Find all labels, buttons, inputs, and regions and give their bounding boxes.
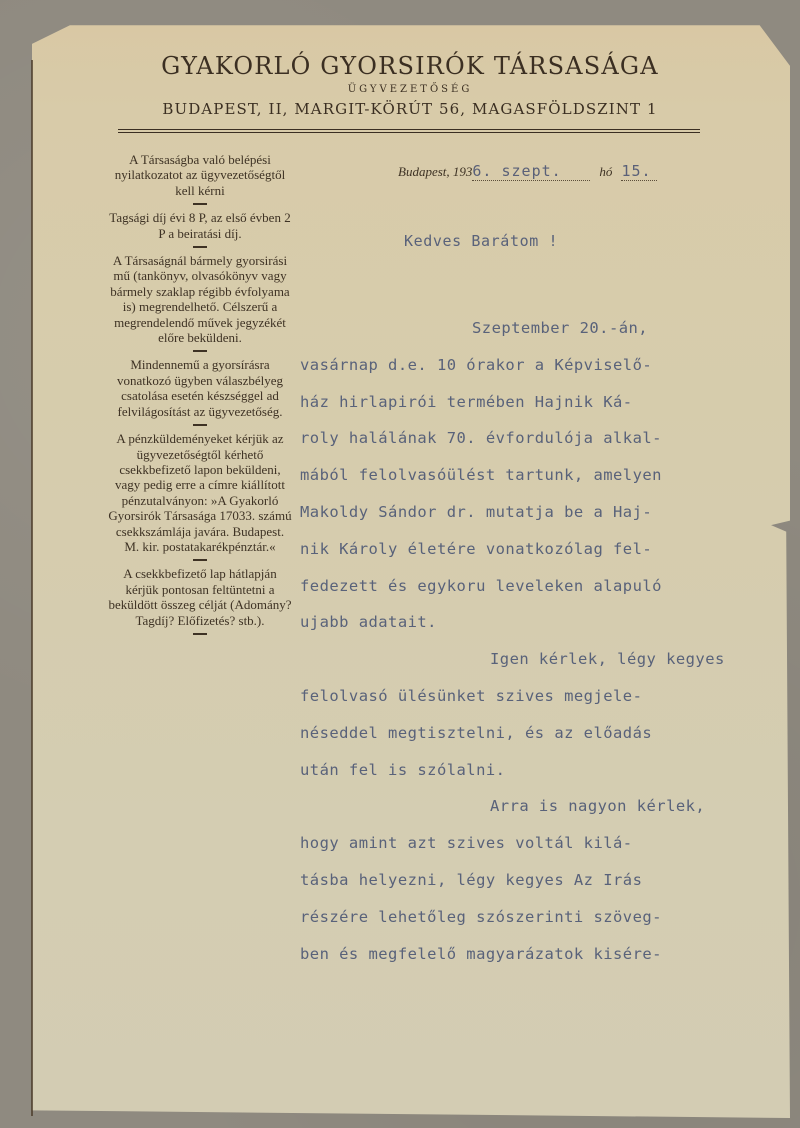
dateline-month: szept.	[501, 162, 561, 180]
dateline-year: 6.	[472, 162, 492, 180]
department-label: ÜGYVEZETŐSÉG	[100, 83, 720, 97]
notice-check-purpose: A csekkbefizető lap hátlapján kérjük pon…	[108, 566, 292, 628]
notice-inquiries: Mindennemű a gyorsírásra vonatkozó ügybe…	[108, 357, 292, 419]
letter-line: fedezett és egykoru leveleken alapuló	[300, 568, 780, 605]
notice-fees: Tagsági díj évi 8 P, az első évben 2 P a…	[108, 210, 292, 241]
notice-orders: A Társaságnál bármely gyorsirási mű (tan…	[108, 253, 292, 345]
notice-membership: A Társaságba való belépési nyilatkozatot…	[108, 152, 292, 198]
organization-address: BUDAPEST, II, MARGIT-KÖRÚT 56, MAGASFÖLD…	[100, 98, 720, 120]
notice-payments: A pénzküldeményeket kérjük az ügyvezetős…	[108, 431, 292, 554]
letter-line: ház hirlapirói termében Hajnik Ká-	[300, 384, 780, 421]
divider-dash	[193, 559, 207, 561]
letter-line: mából felolvasóülést tartunk, amelyen	[300, 457, 780, 494]
dateline-place: Budapest, 193	[398, 164, 472, 179]
letter-line: Arra is nagyon kérlek,	[300, 788, 780, 825]
letterhead: GYAKORLÓ GYORSIRÓK TÁRSASÁGA ÜGYVEZETŐSÉ…	[100, 52, 720, 120]
dateline-day: 15.	[621, 162, 651, 180]
letter-line: részére lehetőleg szószerinti szöveg-	[300, 899, 780, 936]
divider-dash	[193, 246, 207, 248]
sidebar-notices: A Társaságba való belépési nyilatkozatot…	[108, 152, 292, 640]
letter-line: ben és megfelelő magyarázatok kisére-	[300, 936, 780, 973]
letter-line: vasárnap d.e. 10 órakor a Képviselő-	[300, 347, 780, 384]
dateline-day-label: hó	[599, 164, 612, 179]
letter-line: tásba helyezni, légy kegyes Az Irás	[300, 862, 780, 899]
letter-line: nik Károly életére vonatkozólag fel-	[300, 531, 780, 568]
letter-line: felolvasó ülésünket szives megjele-	[300, 678, 780, 715]
letterhead-double-rule	[118, 129, 700, 133]
letter-text: Szeptember 20.-án, vasárnap d.e. 10 órak…	[300, 310, 780, 972]
letter-line: néseddel megtisztelni, és az előadás	[300, 715, 780, 752]
divider-dash	[193, 350, 207, 352]
letter-line: Makoldy Sándor dr. mutatja be a Haj-	[300, 494, 780, 531]
letter-line: hogy amint azt szives voltál kilá-	[300, 825, 780, 862]
salutation: Kedves Barátom !	[404, 232, 558, 250]
letter-line: után fel is szólalni.	[300, 752, 780, 789]
divider-dash	[193, 633, 207, 635]
letter-line: Szeptember 20.-án,	[300, 310, 780, 347]
divider-dash	[193, 203, 207, 205]
dateline: Budapest, 1936. szept. hó 15.	[398, 162, 798, 181]
paper-left-edge	[31, 60, 33, 1116]
letter-line: Igen kérlek, légy kegyes	[300, 641, 780, 678]
letter-line: roly halálának 70. évfordulója alkal-	[300, 420, 780, 457]
organization-name: GYAKORLÓ GYORSIRÓK TÁRSASÁGA	[100, 52, 720, 80]
divider-dash	[193, 424, 207, 426]
letter-line: ujabb adatait.	[300, 604, 780, 641]
